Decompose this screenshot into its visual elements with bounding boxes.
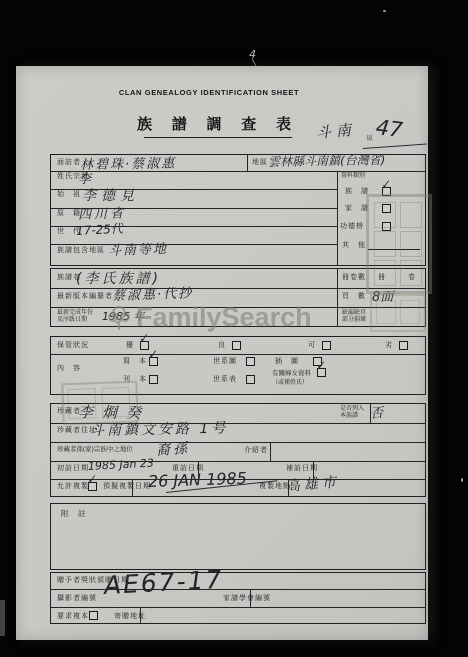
first-visit-label: 初訪日期 xyxy=(57,465,89,473)
genealogy-form-paper: CLAN GENEALOGY IDENTIFICATION SHEET 族 譜 … xyxy=(16,66,428,640)
familysearch-logo-icon xyxy=(106,304,132,332)
content-women-data-checkbox: ✓ xyxy=(317,368,326,377)
coverage-label: 族譜包含地區 xyxy=(57,247,105,255)
hand-number-prefix: 區 xyxy=(367,136,373,143)
interviewer-value: 林碧珠·蔡淑惠 xyxy=(80,152,176,173)
content-women-data-note: （或僅姓氏） xyxy=(272,380,308,387)
condition-poor-checkbox xyxy=(399,341,408,350)
category-merit-board-label: 功德榜 xyxy=(340,223,364,231)
category-label: 資料類別 xyxy=(341,173,365,180)
category-other-label: 其 他 xyxy=(342,242,366,250)
english-title: CLAN GENEALOGY IDENTIFICATION SHEET xyxy=(16,88,402,97)
chinese-title: 族 譜 調 查 表 xyxy=(128,113,308,134)
copy-date-label: 預擬複製日期 xyxy=(103,483,151,491)
condition-good-label: 良 xyxy=(218,342,226,350)
pages-label: 頁 數 xyxy=(342,293,366,301)
seal-stamp-lower xyxy=(370,294,426,332)
content-printed-checkbox xyxy=(149,375,158,384)
title-underline xyxy=(144,137,292,138)
interviewer-label: 面訪者 xyxy=(57,159,81,167)
keeper-position-label: 珍藏者係(家)宗族中之地位 xyxy=(57,447,133,454)
content-lineage-table-label: 世系表 xyxy=(213,376,237,384)
generations-value: 17-25代 xyxy=(76,220,124,239)
condition-fair-label: 可 xyxy=(308,342,316,350)
introducer-label: 介紹者 xyxy=(244,447,268,455)
hand-number-underline xyxy=(363,144,427,149)
hand-region: 斗南 xyxy=(315,119,357,143)
content-women-data-label: 有關婦女資料 xyxy=(272,371,311,378)
listed-in-genealogy-value: 否 xyxy=(369,402,384,422)
society-number-label: 家譜學會編號 xyxy=(223,595,271,603)
keeper-position-value: 裔孫 xyxy=(155,438,190,460)
compiler-value: 蔡淑惠·代抄 xyxy=(112,282,194,304)
content-lineage-chart-checkbox xyxy=(246,357,255,366)
content-manuscript-checkbox: ✓ xyxy=(149,357,158,366)
missing-pages-label: 缺漏缺頁 部分損壞 xyxy=(342,310,366,323)
hand-number: 47 xyxy=(375,115,404,142)
send-address-label: 寄贈地址 xyxy=(114,613,146,621)
condition-fair-checkbox xyxy=(322,341,331,350)
film-speck xyxy=(461,478,463,482)
listed-in-genealogy-label: 是否列入 本族譜 xyxy=(340,406,364,419)
faint-stamp xyxy=(61,381,138,426)
volume-count-label: 冊卷數 xyxy=(342,274,366,282)
condition-poor-label: 劣 xyxy=(385,342,393,350)
notes-label: 附 註 xyxy=(61,510,87,518)
supplementary-visit-label: 補訪日期 xyxy=(286,465,318,473)
condition-good-checkbox xyxy=(232,341,241,350)
table-notes xyxy=(50,503,426,570)
familysearch-watermark: FamilySearch xyxy=(106,302,312,333)
compiler-label: 最新版本編纂者 xyxy=(57,293,113,301)
condition-label: 保管狀況 xyxy=(57,342,89,350)
photographer-number-label: 攝影者編號 xyxy=(57,595,97,603)
first-ancestor-label: 始 祖 xyxy=(57,191,81,199)
copy-permission-label: 允許複製 xyxy=(57,483,89,491)
scanned-document-photo: 4 CLAN GENEALOGY IDENTIFICATION SHEET 族 … xyxy=(0,0,468,657)
coverage-value: 斗南等地 xyxy=(108,238,169,259)
condition-excellent-label: 優 xyxy=(126,342,134,350)
content-lineage-table-checkbox xyxy=(246,375,255,384)
seal-stamp xyxy=(366,194,432,294)
content-illustration-label: 插 圖 xyxy=(275,358,299,366)
content-manuscript-label: 寫 本 xyxy=(123,358,147,366)
area-value: 雲林縣斗南鎮(台灣省) xyxy=(268,151,386,170)
copy-permission-checkbox: ✓ xyxy=(88,482,97,491)
film-edge-glare xyxy=(0,600,5,636)
request-copy-label: 要求複本 xyxy=(57,613,89,621)
content-label: 內 容 xyxy=(57,365,81,373)
content-lineage-chart-label: 世系圖 xyxy=(213,358,237,366)
request-copy-checkbox xyxy=(89,611,98,620)
area-label: 地區 xyxy=(252,159,268,167)
completion-year-label: 最新完成年份 及序跋日期 xyxy=(57,310,93,323)
film-speck xyxy=(383,10,386,12)
